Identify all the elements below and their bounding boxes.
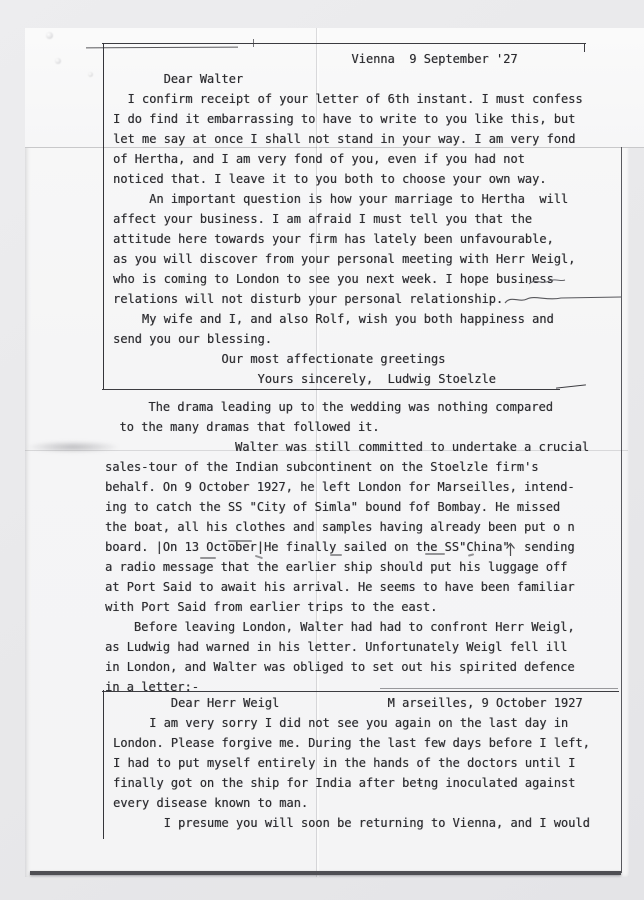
letter1-body-line: An important question is how your marria… [113, 189, 583, 209]
letter1-body-line: affect your business. I am afraid I must… [113, 209, 583, 229]
letter1-signature-line: Yours sincerely, Ludwig Stoelzle [113, 369, 583, 389]
narrative-line: Before leaving London, Walter had had to… [105, 617, 589, 637]
letter2-header-line: Dear Herr Weigl M arseilles, 9 October 1… [113, 693, 590, 713]
letter2-body-line: I had to put myself entirely in the hand… [113, 753, 590, 773]
narrative-line: a radio message that the earlier ship sh… [105, 557, 589, 577]
letter1-body-line: noticed that. I leave it to you both to … [113, 169, 583, 189]
letter1-body-line: of Hertha, and I am very fond of you, ev… [113, 149, 583, 169]
correction-dash-mark [200, 557, 216, 559]
letter2-body-line: I presume you will soon be returning to … [113, 813, 590, 833]
letter1-body-line: attitude here towards your firm has late… [113, 229, 583, 249]
letter1-body-line: let me say at once I shall not stand in … [113, 129, 583, 149]
letter2-body-line: every disease known to man. [113, 793, 590, 813]
letter1-body-line: send you our blessing. [113, 329, 583, 349]
narrative-line: to the many dramas that followed it. [105, 417, 589, 437]
insertion-caret-mark [505, 540, 516, 557]
letter2-box-left-rule [103, 690, 105, 839]
paper-dimple [55, 58, 61, 64]
page-bottom-edge-shadow [30, 871, 621, 875]
letter1-box-top-rule [102, 43, 586, 44]
correction-dash-mark [425, 553, 445, 555]
letter1-body-line: as you will discover from your personal … [113, 249, 583, 269]
letter1-text: Vienna 9 September '27 Dear Walter I con… [113, 49, 583, 389]
letter2-body-line: I am very sorry I did not see you again … [113, 713, 590, 733]
narrative-text: The drama leading up to the wedding was … [105, 397, 589, 697]
narrative-line: the boat, all his clothes and samples ha… [105, 517, 589, 537]
letter2-body-line: finally got on the ship for India after … [113, 773, 590, 793]
narrative-line: at Port Said to await his arrival. He se… [105, 577, 589, 597]
insertion-overline-mark [228, 540, 252, 542]
correction-dash-mark [330, 554, 342, 556]
narrative-line: ing to catch the SS "City of Simla" boun… [105, 497, 589, 517]
narrative-line: board. |On 13 October|He finally sailed … [105, 537, 589, 557]
scanned-letter-page: Vienna 9 September '27 Dear Walter I con… [0, 0, 644, 900]
narrative-line: sales-tour of the Indian subcontinent on… [105, 457, 589, 477]
letter2-text: Dear Herr Weigl M arseilles, 9 October 1… [113, 693, 590, 833]
letter1-body-line: who is coming to London to see you next … [113, 269, 583, 289]
paper-dimple [88, 72, 93, 77]
narrative-line: with Port Said from earlier trips to the… [105, 597, 589, 617]
letter1-body-line: My wife and I, and also Rolf, wish you b… [113, 309, 583, 329]
letter1-box-left-rule [103, 43, 105, 390]
narrative-line: in London, and Walter was obliged to set… [105, 657, 589, 677]
letter2-body-line: London. Please forgive me. During the la… [113, 733, 590, 753]
letter1-dateline: Vienna 9 September '27 [113, 49, 583, 69]
letter1-body-line: I do find it embarrassing to have to wri… [113, 109, 583, 129]
letter1-box-top-tick [253, 39, 254, 47]
page-right-edge-rule [621, 147, 622, 873]
letter1-box-top-end-tick [584, 43, 585, 52]
letter1-closing-line: Our most affectionate greetings [113, 349, 583, 369]
narrative-line: Walter was still committed to undertake … [105, 437, 589, 457]
pen-wave-mark [528, 276, 566, 287]
pen-squiggle-mark [503, 292, 623, 306]
letter1-salutation: Dear Walter [113, 69, 583, 89]
paper-dimple [46, 32, 53, 39]
narrative-line: as Ludwig had warned in his letter. Unfo… [105, 637, 589, 657]
narrative-line: behalf. On 9 October 1927, he left Londo… [105, 477, 589, 497]
letter1-body-line: I confirm receipt of your letter of 6th … [113, 89, 583, 109]
narrative-line: The drama leading up to the wedding was … [105, 397, 589, 417]
